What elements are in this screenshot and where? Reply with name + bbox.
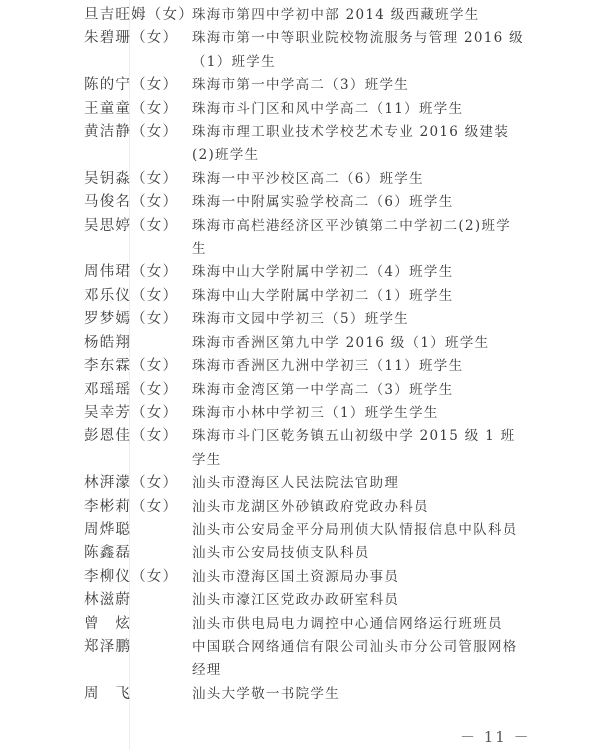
person-name: 郑泽鹏 [84, 636, 192, 659]
person-affiliation: 汕头市澄海区国土资源局办事员 [192, 566, 524, 589]
person-affiliation: 珠海市斗门区乾务镇五山初级中学 2015 级 1 班学生 [192, 425, 524, 472]
person-name: 李彬莉（女） [84, 496, 192, 519]
list-item: 周伟珺（女）珠海中山大学附属中学初二（4）班学生 [84, 261, 524, 284]
person-affiliation: 珠海市第一中学高二（3）班学生 [192, 74, 524, 97]
person-name: 邓瑶瑶（女） [84, 379, 192, 402]
person-affiliation: 汕头大学敬一书院学生 [192, 683, 524, 706]
person-affiliation: 珠海市理工职业技术学校艺术专业 2016 级建装(2)班学生 [192, 121, 524, 168]
list-item: 旦吉旺姆（女）珠海市第四中学初中部 2014 级西藏班学生 [84, 4, 524, 27]
person-name: 杨皓翔 [84, 332, 192, 355]
page-number: － 11 － [460, 726, 531, 747]
person-affiliation: 珠海市第一中等职业院校物流服务与管理 2016 级（1）班学生 [192, 27, 524, 74]
person-name: 彭恩佳（女） [84, 425, 192, 448]
list-item: 罗梦嫣（女）珠海市文园中学初三（5）班学生 [84, 308, 524, 331]
list-item: 陈鑫磊汕头市公安局技侦支队科员 [84, 542, 524, 565]
person-affiliation: 汕头市濠江区党政办政研室科员 [192, 589, 524, 612]
person-name: 曾 炫 [84, 613, 192, 636]
list-item: 李东霖（女）珠海市香洲区九洲中学初三（11）班学生 [84, 355, 524, 378]
list-item: 邓瑶瑶（女）珠海市金湾区第一中学高二（3）班学生 [84, 379, 524, 402]
person-name: 林滋蔚 [84, 589, 192, 612]
person-affiliation: 汕头市公安局金平分局刑侦大队情报信息中队科员 [192, 519, 524, 542]
person-name: 李柳仪（女） [84, 566, 192, 589]
person-name: 吴钥淼（女） [84, 168, 192, 191]
person-name: 吴幸芳（女） [84, 402, 192, 425]
person-affiliation: 珠海市香洲区第九中学 2016 级（1）班学生 [192, 332, 524, 355]
person-affiliation: 汕头市澄海区人民法院法官助理 [192, 472, 524, 495]
list-item: 马俊名（女）珠海一中附属实验学校高二（6）班学生 [84, 191, 524, 214]
person-name: 周伟珺（女） [84, 261, 192, 284]
person-affiliation: 珠海中山大学附属中学初二（1）班学生 [192, 285, 524, 308]
person-affiliation: 汕头市公安局技侦支队科员 [192, 542, 524, 565]
person-name: 周烨聪 [84, 519, 192, 542]
list-item: 郑泽鹏中国联合网络通信有限公司汕头市分公司管服网格经理 [84, 636, 524, 683]
person-name: 吴思婷（女） [84, 215, 192, 238]
person-name: 罗梦嫣（女） [84, 308, 192, 331]
person-affiliation: 珠海一中平沙校区高二（6）班学生 [192, 168, 524, 191]
person-affiliation: 珠海一中附属实验学校高二（6）班学生 [192, 191, 524, 214]
document-page: 旦吉旺姆（女）珠海市第四中学初中部 2014 级西藏班学生 朱碧珊（女）珠海市第… [0, 0, 600, 750]
person-affiliation: 中国联合网络通信有限公司汕头市分公司管服网格经理 [192, 636, 524, 683]
list-item: 王童童（女）珠海市斗门区和风中学高二（11）班学生 [84, 98, 524, 121]
list-item: 吴幸芳（女）珠海市小林中学初三（1）班学生学生 [84, 402, 524, 425]
list-item: 李柳仪（女）汕头市澄海区国土资源局办事员 [84, 566, 524, 589]
person-name: 陈鑫磊 [84, 542, 192, 565]
list-item: 吴钥淼（女）珠海一中平沙校区高二（6）班学生 [84, 168, 524, 191]
list-item: 陈的宁（女）珠海市第一中学高二（3）班学生 [84, 74, 524, 97]
person-name: 黄洁静（女） [84, 121, 192, 144]
person-name: 王童童（女） [84, 98, 192, 121]
list-item: 李彬莉（女）汕头市龙湖区外砂镇政府党政办科员 [84, 496, 524, 519]
list-item: 林湃濛（女）汕头市澄海区人民法院法官助理 [84, 472, 524, 495]
list-item: 杨皓翔珠海市香洲区第九中学 2016 级（1）班学生 [84, 332, 524, 355]
person-name: 林湃濛（女） [84, 472, 192, 495]
person-name: 周 飞 [84, 683, 192, 706]
person-affiliation: 汕头市供电局电力调控中心通信网络运行班班员 [192, 613, 524, 636]
person-affiliation: 珠海市第四中学初中部 2014 级西藏班学生 [192, 4, 524, 27]
list-item: 吴思婷（女）珠海市高栏港经济区平沙镇第二中学初二(2)班学生 [84, 215, 524, 262]
award-list: 旦吉旺姆（女）珠海市第四中学初中部 2014 级西藏班学生 朱碧珊（女）珠海市第… [84, 4, 524, 706]
person-affiliation: 珠海市金湾区第一中学高二（3）班学生 [192, 379, 524, 402]
list-item: 彭恩佳（女）珠海市斗门区乾务镇五山初级中学 2015 级 1 班学生 [84, 425, 524, 472]
person-name: 朱碧珊（女） [84, 27, 192, 50]
list-item: 曾 炫汕头市供电局电力调控中心通信网络运行班班员 [84, 613, 524, 636]
list-item: 朱碧珊（女）珠海市第一中等职业院校物流服务与管理 2016 级（1）班学生 [84, 27, 524, 74]
list-item: 周 飞汕头大学敬一书院学生 [84, 683, 524, 706]
person-name: 旦吉旺姆（女） [84, 4, 192, 27]
list-item: 黄洁静（女）珠海市理工职业技术学校艺术专业 2016 级建装(2)班学生 [84, 121, 524, 168]
person-affiliation: 珠海市高栏港经济区平沙镇第二中学初二(2)班学生 [192, 215, 524, 262]
person-name: 马俊名（女） [84, 191, 192, 214]
person-affiliation: 珠海市小林中学初三（1）班学生学生 [192, 402, 524, 425]
person-name: 邓乐仪（女） [84, 285, 192, 308]
person-affiliation: 汕头市龙湖区外砂镇政府党政办科员 [192, 496, 524, 519]
person-affiliation: 珠海市文园中学初三（5）班学生 [192, 308, 524, 331]
person-affiliation: 珠海中山大学附属中学初二（4）班学生 [192, 261, 524, 284]
person-name: 李东霖（女） [84, 355, 192, 378]
person-affiliation: 珠海市香洲区九洲中学初三（11）班学生 [192, 355, 524, 378]
person-name: 陈的宁（女） [84, 74, 192, 97]
list-item: 周烨聪汕头市公安局金平分局刑侦大队情报信息中队科员 [84, 519, 524, 542]
person-affiliation: 珠海市斗门区和风中学高二（11）班学生 [192, 98, 524, 121]
list-item: 邓乐仪（女）珠海中山大学附属中学初二（1）班学生 [84, 285, 524, 308]
list-item: 林滋蔚汕头市濠江区党政办政研室科员 [84, 589, 524, 612]
